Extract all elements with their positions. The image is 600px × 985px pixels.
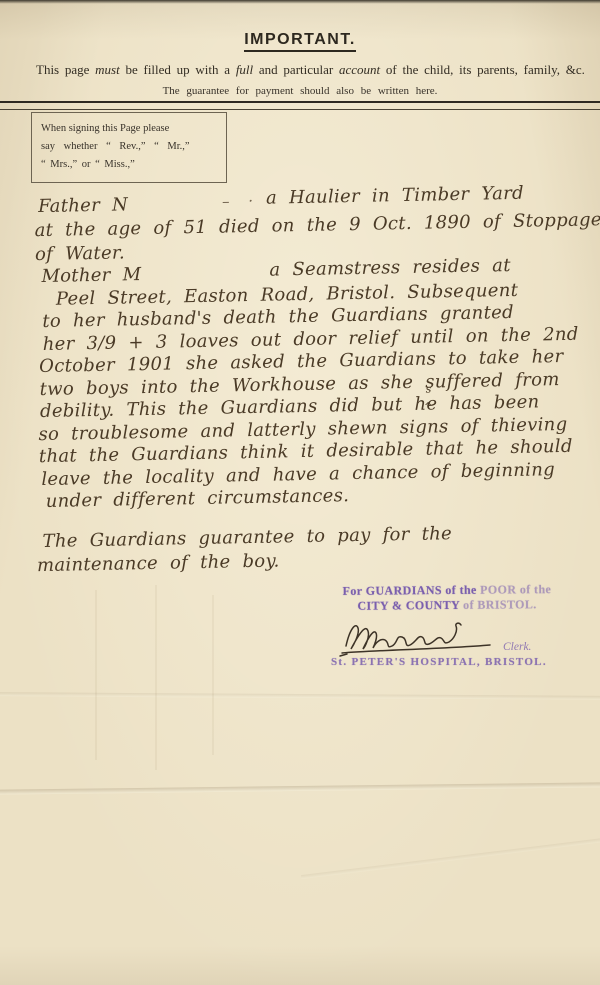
- page-title-text: IMPORTANT.: [244, 31, 356, 52]
- handwriting-line: two boys into the Workhouse as she suffe…: [39, 369, 559, 400]
- father-occupation: a Haulier in Timber Yard: [266, 183, 524, 209]
- instruction-seg-italic: full: [236, 62, 253, 77]
- handwriting-line: to her husband's death the Guardians gra…: [42, 302, 514, 332]
- clerk-signature-svg: [338, 616, 503, 658]
- guardians-stamp-line2: CITY & COUNTY of BRISTOL.: [322, 596, 572, 613]
- bleed-through-line: [155, 585, 157, 770]
- insertion-mark: s: [426, 383, 432, 396]
- bleed-through-line: [212, 595, 214, 755]
- instruction-seg: be filled up with a: [120, 62, 236, 77]
- hospital-stamp: St. PETER'S HOSPITAL, BRISTOL.: [331, 656, 547, 668]
- clerk-label: Clerk.: [503, 641, 531, 653]
- signing-note-line: “ Mrs.,” or “ Miss.,”: [41, 156, 217, 174]
- signing-note-box: When signing this Page please say whethe…: [31, 112, 227, 183]
- handwriting-line: her 3/9 + 3 loaves out door relief until…: [43, 324, 579, 355]
- guarantee-line: maintenance of the boy.: [37, 550, 280, 576]
- double-rule: [0, 101, 600, 110]
- instruction-seg-italic: account: [339, 62, 380, 77]
- instruction-seg-italic: must: [95, 62, 120, 77]
- sub-instruction-line: The guarantee for payment should also be…: [0, 85, 600, 97]
- handwriting-line: that the Guardians think it desirable th…: [39, 436, 573, 467]
- handwriting-line: leave the locality and have a chance of …: [41, 459, 555, 490]
- father-dash-mark: – ·: [222, 192, 257, 211]
- stamp-text: For GUARDIANS of the: [343, 583, 481, 598]
- instruction-seg: of the child, its parents, family, &c.: [380, 62, 585, 77]
- handwriting-line: October 1901 she asked the Guardians to …: [39, 346, 564, 377]
- guardians-stamp-line1: For GUARDIANS of the POOR of the: [322, 582, 572, 599]
- handwriting-line: so troublesome and latterly shewn signs …: [38, 414, 567, 445]
- handwriting-line: of Water.: [35, 242, 125, 265]
- handwriting-line: debility. This the Guardians did but he …: [40, 391, 540, 422]
- stamp-text: CITY & COUNTY: [357, 597, 463, 612]
- instruction-seg: This page: [36, 62, 95, 77]
- mother-occupation: a Seamstress resides at: [269, 255, 511, 281]
- mother-label: Mother M: [41, 264, 141, 287]
- guarantee-line: The Guardians guarantee to pay for the: [42, 523, 452, 552]
- instruction-seg: and particular: [253, 62, 339, 77]
- handwriting-line: Peel Street, Easton Road, Bristol. Subse…: [56, 280, 519, 310]
- father-label: Father N: [38, 194, 128, 217]
- fold-crease: [301, 835, 600, 879]
- bleed-through-line: [95, 590, 97, 760]
- signing-note-line: say whether “ Rev.,” “ Mr.,”: [41, 138, 217, 156]
- handwriting-line: at the age of 51 died on the 9 Oct. 1890…: [34, 209, 600, 241]
- fold-crease: [0, 782, 600, 795]
- signing-note-line: When signing this Page please: [41, 120, 217, 138]
- insertion-caret: ^: [424, 402, 433, 413]
- stamp-text-faded: POOR of the: [480, 582, 551, 597]
- fold-crease: [0, 692, 600, 700]
- page-title: IMPORTANT.: [0, 31, 600, 52]
- instruction-line: This page must be filled up with a full …: [36, 62, 594, 78]
- document-page: IMPORTANT. This page must be filled up w…: [0, 0, 600, 985]
- stamp-text-faded: of BRISTOL.: [463, 597, 537, 612]
- guardians-stamp: For GUARDIANS of the POOR of the CITY & …: [322, 582, 572, 613]
- handwriting-line: under different circumstances.: [46, 485, 350, 512]
- paper-top-edge: [0, 0, 600, 4]
